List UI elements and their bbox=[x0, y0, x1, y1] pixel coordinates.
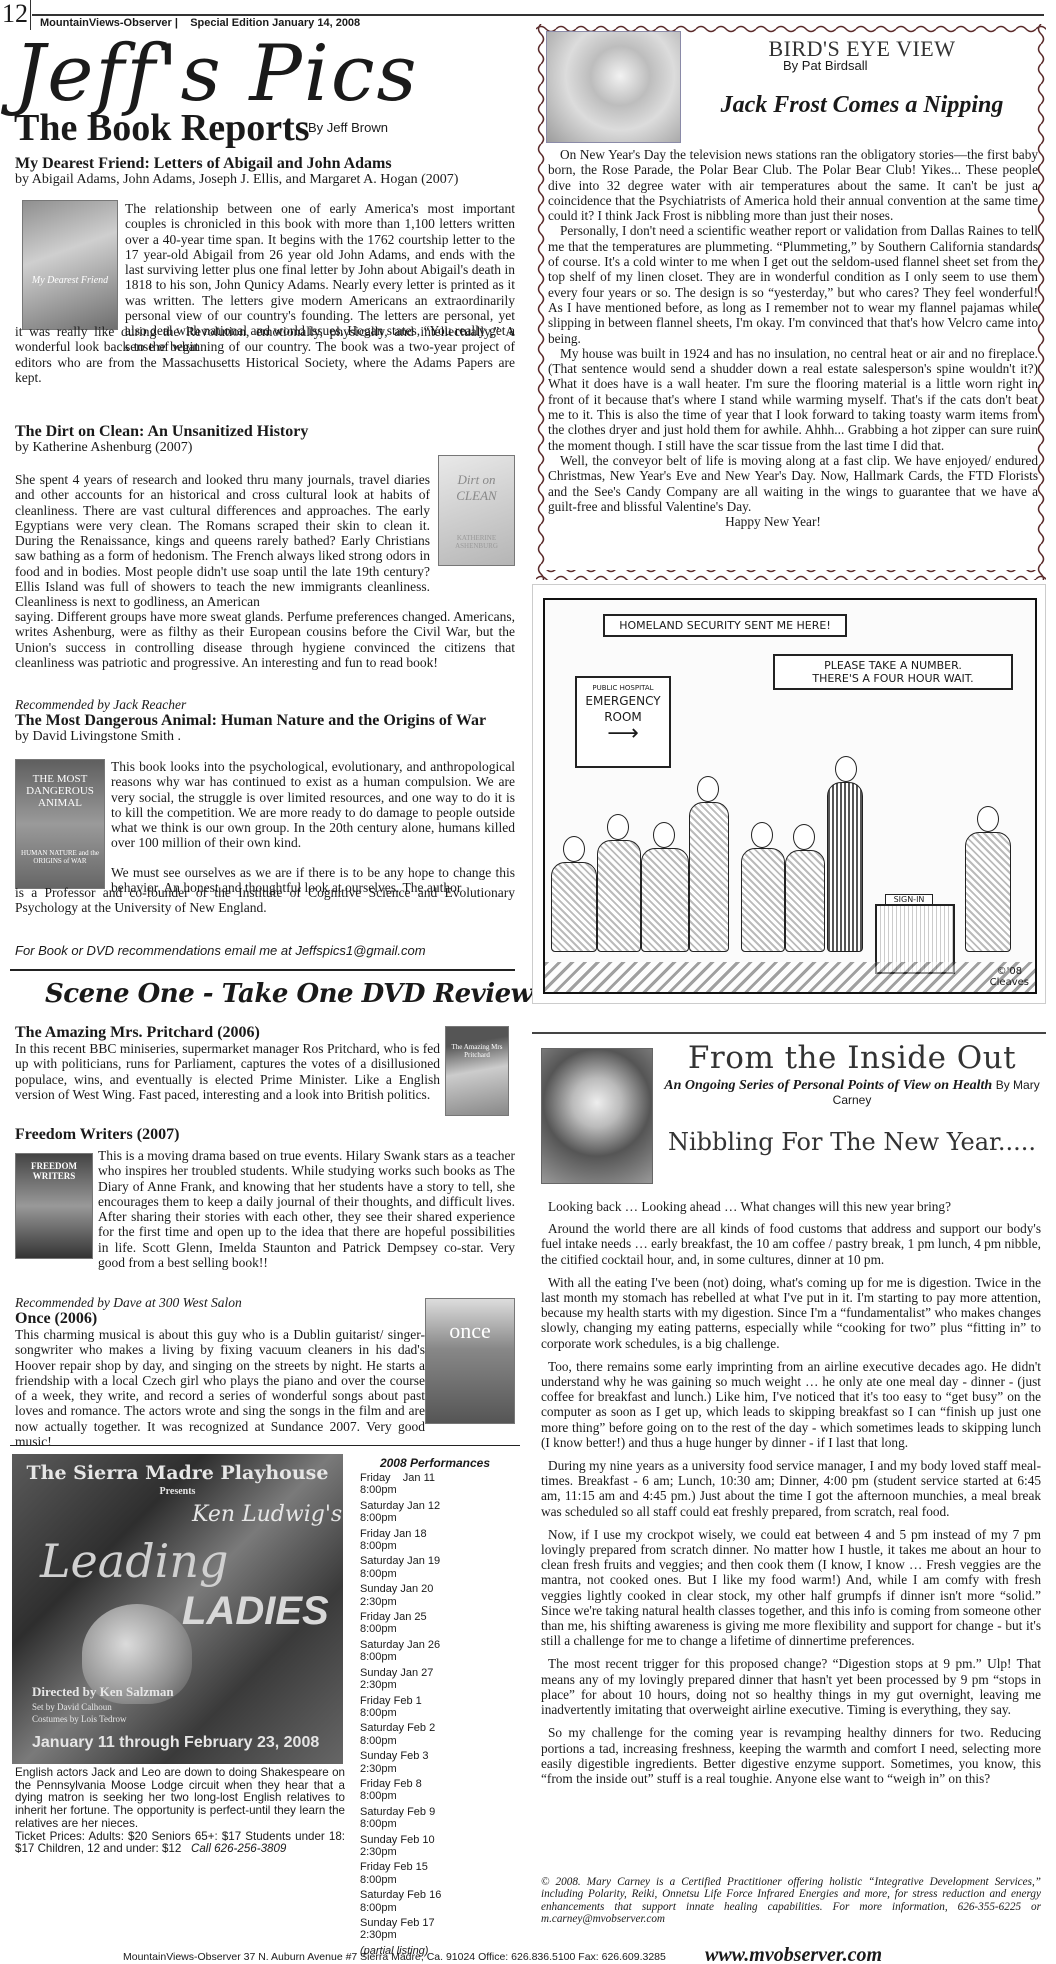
book-title: My Dearest Friend: Letters of Abigail an… bbox=[15, 155, 515, 172]
poster-title-2: LADIES bbox=[182, 1589, 329, 1634]
paragraph: During my nine years as a university foo… bbox=[541, 1458, 1041, 1519]
signoff: Happy New Year! bbox=[548, 514, 1038, 529]
poster-author: Ken Ludwig's bbox=[192, 1502, 342, 1527]
ticket-prices: Ticket Prices: Adults: $20 Seniors 65+: … bbox=[15, 1831, 345, 1856]
bubble-line: THERE'S A FOUR HOUR WAIT. bbox=[781, 672, 1005, 685]
paragraph: Personally, I don't need a scientific we… bbox=[548, 223, 1038, 345]
performance-time: 2:30pm bbox=[360, 1596, 520, 1608]
cover-subtitle: HUMAN NATURE and the ORIGINS of WAR bbox=[16, 849, 104, 865]
edition-date: Special Edition January 14, 2008 bbox=[190, 17, 360, 29]
cartoon-figure bbox=[689, 802, 729, 952]
paragraph: On New Year's Day the television news st… bbox=[548, 147, 1038, 223]
performance-date: Saturday Feb 9 bbox=[360, 1806, 520, 1818]
cover-title: once bbox=[449, 1318, 491, 1344]
performance-item: Saturday Jan 128:00pm bbox=[360, 1500, 520, 1525]
performance-time: 8:00pm bbox=[360, 1623, 520, 1635]
performance-item: Saturday Jan 268:00pm bbox=[360, 1639, 520, 1664]
performance-date: Friday Jan 18 bbox=[360, 1528, 520, 1540]
dvd-review-text: This charming musical is about this guy … bbox=[15, 1327, 425, 1449]
performance-date: Saturday Feb 2 bbox=[360, 1722, 520, 1734]
dvd-review-text: This is a moving drama based on true eve… bbox=[98, 1148, 515, 1270]
performance-item: Friday Feb 88:00pm bbox=[360, 1778, 520, 1803]
poster-theater: The Sierra Madre Playhouse bbox=[12, 1462, 343, 1484]
cartoon-head bbox=[607, 814, 629, 840]
performance-time: 8:00pm bbox=[360, 1651, 520, 1663]
dvd-title: The Amazing Mrs. Pritchard (2006) bbox=[15, 1024, 440, 1041]
performance-date: Friday Feb 1 bbox=[360, 1695, 520, 1707]
performance-date: Sunday Jan 27 bbox=[360, 1667, 520, 1679]
performance-item: Friday Jan 118:00pm bbox=[360, 1472, 520, 1497]
byline: By Pat Birdsall bbox=[783, 58, 868, 73]
book-review-3: Recommended by Jack Reacher The Most Dan… bbox=[15, 697, 515, 744]
cover-title: Dirt on CLEAN bbox=[439, 472, 514, 504]
book-review-text-continued: it was really like during the Revolution… bbox=[15, 324, 515, 385]
emergency-room-sign: PUBLIC HOSPITAL EMERGENCY ROOM ⟶ bbox=[575, 676, 671, 768]
performance-date: Sunday Feb 10 bbox=[360, 1834, 520, 1846]
article-headline: Jack Frost Comes a Nipping bbox=[682, 92, 1042, 119]
book-cover-image: Dirt on CLEAN KATHERINE ASHENBURG bbox=[438, 455, 515, 566]
book-review-text: This book looks into the psychological, … bbox=[111, 759, 515, 895]
section-divider bbox=[10, 1445, 520, 1446]
book-title: The Most Dangerous Animal: Human Nature … bbox=[15, 712, 515, 729]
poster-set: Set by David Calhoun bbox=[32, 1702, 112, 1712]
recommended-by: Recommended by Jack Reacher bbox=[15, 697, 515, 712]
ticket-prices-text: Ticket Prices: Adults: $20 Seniors 65+: … bbox=[15, 1830, 345, 1856]
dvd-cover-image: The Amazing Mrs Pritchard bbox=[445, 1026, 509, 1116]
playhouse-blurb: English actors Jack and Leo are down to … bbox=[15, 1767, 345, 1856]
performance-time: 2:30pm bbox=[360, 1679, 520, 1691]
arrow-right-icon: ⟶ bbox=[577, 724, 669, 744]
book-review-2: The Dirt on Clean: An Unsanitized Histor… bbox=[15, 423, 515, 455]
play-description: English actors Jack and Leo are down to … bbox=[15, 1767, 345, 1831]
dvd-cover-image: FREEDOM WRITERS bbox=[15, 1153, 93, 1259]
performance-item: Sunday Feb 172:30pm bbox=[360, 1917, 520, 1942]
article-headline: Nibbling For The New Year..... bbox=[664, 1128, 1040, 1156]
performance-time: 2:30pm bbox=[360, 1846, 520, 1858]
subtitle-text: An Ongoing Series of Personal Points of … bbox=[664, 1078, 992, 1093]
book-authors: by Abigail Adams, John Adams, Joseph J. … bbox=[15, 172, 515, 187]
poster-title-1: Leading bbox=[40, 1534, 228, 1588]
author-credit: © 2008. Mary Carney is a Certified Pract… bbox=[541, 1876, 1041, 1926]
author-photo bbox=[541, 1048, 653, 1184]
playhouse-poster: The Sierra Madre Playhouse Presents Ken … bbox=[12, 1454, 343, 1764]
performance-date: Saturday Feb 16 bbox=[360, 1889, 520, 1901]
publication-name: MountainViews-Observer | bbox=[40, 17, 178, 29]
desk-sign: SIGN-IN bbox=[885, 894, 933, 905]
dvd-title: Once (2006) bbox=[15, 1310, 425, 1327]
performance-date: Sunday Feb 17 bbox=[360, 1917, 520, 1929]
performance-item: Sunday Feb 32:30pm bbox=[360, 1750, 520, 1775]
book-title: The Dirt on Clean: An Unsanitized Histor… bbox=[15, 423, 515, 440]
performance-time: 8:00pm bbox=[360, 1512, 520, 1524]
performance-date: Saturday Jan 19 bbox=[360, 1555, 520, 1567]
article-body: Looking back … Looking ahead … What chan… bbox=[541, 1199, 1041, 1794]
performance-time: 8:00pm bbox=[360, 1707, 520, 1719]
cartoon-figure bbox=[551, 862, 597, 952]
paragraph: Around the world there are all kinds of … bbox=[541, 1221, 1041, 1267]
performance-item: Saturday Jan 198:00pm bbox=[360, 1555, 520, 1580]
performance-date: Sunday Jan 20 bbox=[360, 1583, 520, 1595]
performance-item: Sunday Feb 102:30pm bbox=[360, 1834, 520, 1859]
performance-time: 2:30pm bbox=[360, 1929, 520, 1941]
sign-line: EMERGENCY bbox=[577, 694, 669, 708]
speech-bubble: PLEASE TAKE A NUMBER. THERE'S A FOUR HOU… bbox=[773, 654, 1013, 690]
page-number: 12 bbox=[2, 0, 28, 28]
jeffs-pics-masthead: Jeff's Pics bbox=[14, 34, 419, 114]
section-divider bbox=[10, 969, 515, 971]
byline: By Jeff Brown bbox=[308, 120, 388, 135]
performance-item: Sunday Jan 202:30pm bbox=[360, 1583, 520, 1608]
performance-item: Sunday Jan 272:30pm bbox=[360, 1667, 520, 1692]
cartoonist-signature: ©'08 Cleaves bbox=[990, 966, 1029, 988]
dvd-title: Freedom Writers (2007) bbox=[15, 1126, 515, 1143]
cartoon-head bbox=[751, 822, 773, 848]
paragraph: Now, if I use my crockpot wisely, we cou… bbox=[541, 1527, 1041, 1649]
poster-dates: January 11 through February 23, 2008 bbox=[32, 1734, 319, 1752]
performance-time: 8:00pm bbox=[360, 1568, 520, 1580]
performances-title: 2008 Performances bbox=[350, 1456, 520, 1470]
cartoon-figure bbox=[597, 840, 641, 952]
poster-director: Directed by Ken Salzman bbox=[32, 1684, 174, 1700]
performance-time: 2:30pm bbox=[360, 1763, 520, 1775]
performance-item: Saturday Feb 98:00pm bbox=[360, 1806, 520, 1831]
paragraph: Looking back … Looking ahead … What chan… bbox=[541, 1199, 1041, 1214]
cartoon-head bbox=[653, 822, 675, 848]
cartoon-figure bbox=[741, 848, 785, 952]
performance-time: 8:00pm bbox=[360, 1874, 520, 1886]
recommended-by: Recommended by Dave at 300 West Salon bbox=[15, 1295, 425, 1310]
performance-time: 8:00pm bbox=[360, 1735, 520, 1747]
cartoon-head bbox=[793, 824, 815, 850]
performance-time: 8:00pm bbox=[360, 1790, 520, 1802]
performance-date: Saturday Jan 12 bbox=[360, 1500, 520, 1512]
signature-line: Cleaves bbox=[990, 977, 1029, 988]
book-review-1: My Dearest Friend: Letters of Abigail an… bbox=[15, 155, 515, 187]
performance-item: Friday Jan 258:00pm bbox=[360, 1611, 520, 1636]
performance-time: 8:00pm bbox=[360, 1818, 520, 1830]
performance-list: Friday Jan 118:00pmSaturday Jan 128:00pm… bbox=[360, 1472, 520, 1942]
dvd-review-2: Freedom Writers (2007) bbox=[15, 1126, 515, 1143]
book-cover-image: THE MOST DANGEROUS ANIMAL HUMAN NATURE a… bbox=[15, 759, 105, 889]
performance-schedule: 2008 Performances Friday Jan 118:00pmSat… bbox=[360, 1456, 520, 1957]
book-authors: by David Livingstone Smith . bbox=[15, 729, 515, 744]
cartoon-figure bbox=[641, 848, 689, 952]
cover-title: FREEDOM WRITERS bbox=[16, 1161, 92, 1181]
cartoon-head bbox=[563, 836, 585, 862]
paragraph: This book looks into the psychological, … bbox=[111, 759, 515, 851]
section-divider bbox=[532, 1032, 1046, 1034]
book-review-text: She spent 4 years of research and looked… bbox=[15, 472, 430, 610]
performance-item: Friday Feb 158:00pm bbox=[360, 1861, 520, 1886]
speech-bubble: HOMELAND SECURITY SENT ME HERE! bbox=[603, 614, 847, 637]
book-reports-heading: The Book Reports bbox=[14, 108, 310, 148]
dvd-cover-image: once bbox=[425, 1298, 515, 1424]
performance-date: Friday Feb 8 bbox=[360, 1778, 520, 1790]
performance-date: Friday Feb 15 bbox=[360, 1861, 520, 1873]
poster-costumes: Costumes by Lois Tedrow bbox=[32, 1714, 126, 1724]
cartoon-head bbox=[835, 756, 857, 782]
cover-author: KATHERINE ASHENBURG bbox=[439, 534, 514, 550]
book-cover-image: My Dearest Friend bbox=[22, 200, 118, 330]
cartoon-figure bbox=[785, 850, 825, 952]
paragraph: With all the eating I've been (not) doin… bbox=[541, 1275, 1041, 1351]
performance-date: Saturday Jan 26 bbox=[360, 1639, 520, 1651]
performance-item: Saturday Feb 168:00pm bbox=[360, 1889, 520, 1914]
dvd-review-3: Recommended by Dave at 300 West Salon On… bbox=[15, 1295, 425, 1449]
footer-address: MountainViews-Observer 37 N. Auburn Aven… bbox=[123, 1951, 666, 1963]
performance-date: Sunday Feb 3 bbox=[360, 1750, 520, 1762]
phone-number[interactable]: Call 626-256-3809 bbox=[191, 1842, 286, 1855]
cartoon-head bbox=[977, 806, 999, 832]
column-title: From the Inside Out bbox=[664, 1040, 1040, 1076]
editorial-cartoon: HOMELAND SECURITY SENT ME HERE! PLEASE T… bbox=[543, 598, 1037, 994]
performance-item: Friday Jan 188:00pm bbox=[360, 1528, 520, 1553]
author-photo bbox=[546, 31, 681, 143]
dvd-review-1: The Amazing Mrs. Pritchard (2006) In thi… bbox=[15, 1024, 440, 1102]
cartoon-figure-arms-raised bbox=[827, 782, 863, 952]
book-authors: by Katherine Ashenburg (2007) bbox=[15, 440, 515, 455]
floor bbox=[545, 962, 1035, 992]
cartoon-head bbox=[697, 776, 719, 802]
paragraph: Too, there remains some early imprinting… bbox=[541, 1359, 1041, 1450]
cartoon-figure-receptionist bbox=[965, 832, 1011, 952]
cover-title: The Amazing Mrs Pritchard bbox=[446, 1043, 508, 1059]
poster-presents: Presents bbox=[12, 1486, 343, 1497]
book-review-text-continued: is a Professor and co-founder of the Ins… bbox=[15, 885, 515, 916]
performance-item: Saturday Feb 28:00pm bbox=[360, 1722, 520, 1747]
footer-website-link[interactable]: www.mvobserver.com bbox=[705, 1944, 882, 1964]
paragraph: So my challenge for the coming year is r… bbox=[541, 1725, 1041, 1786]
email-recommendations[interactable]: For Book or DVD recommendations email me… bbox=[15, 943, 426, 958]
performance-item: Friday Feb 18:00pm bbox=[360, 1695, 520, 1720]
performance-time: 8:00pm bbox=[360, 1484, 520, 1496]
cover-title: THE MOST DANGEROUS ANIMAL bbox=[16, 773, 104, 809]
column-subtitle: An Ongoing Series of Personal Points of … bbox=[664, 1078, 1040, 1108]
performance-time: 8:00pm bbox=[360, 1902, 520, 1914]
dvd-review-text: In this recent BBC miniseries, supermark… bbox=[15, 1041, 440, 1102]
cover-title: My Dearest Friend bbox=[32, 275, 108, 286]
book-review-text-continued: saying. Different groups have more sweat… bbox=[15, 609, 515, 670]
paragraph: Well, the conveyor belt of life is movin… bbox=[548, 453, 1038, 514]
performance-date: Friday Jan 25 bbox=[360, 1611, 520, 1623]
header-line: MountainViews-Observer | Special Edition… bbox=[40, 17, 360, 29]
performance-date: Friday Jan 11 bbox=[360, 1472, 520, 1484]
bubble-line: PLEASE TAKE A NUMBER. bbox=[781, 659, 1005, 672]
signature-line: ©'08 bbox=[990, 966, 1029, 977]
paragraph: The most recent trigger for this propose… bbox=[541, 1656, 1041, 1717]
header-divider bbox=[30, 0, 31, 30]
top-rule bbox=[32, 14, 1044, 16]
article-body: On New Year's Day the television news st… bbox=[548, 147, 1038, 529]
sign-line: PUBLIC HOSPITAL bbox=[577, 684, 669, 692]
dvd-review-heading: Scene One - Take One DVD Review bbox=[45, 980, 533, 1008]
paragraph: My house was built in 1924 and has no in… bbox=[548, 346, 1038, 453]
performance-time: 8:00pm bbox=[360, 1540, 520, 1552]
